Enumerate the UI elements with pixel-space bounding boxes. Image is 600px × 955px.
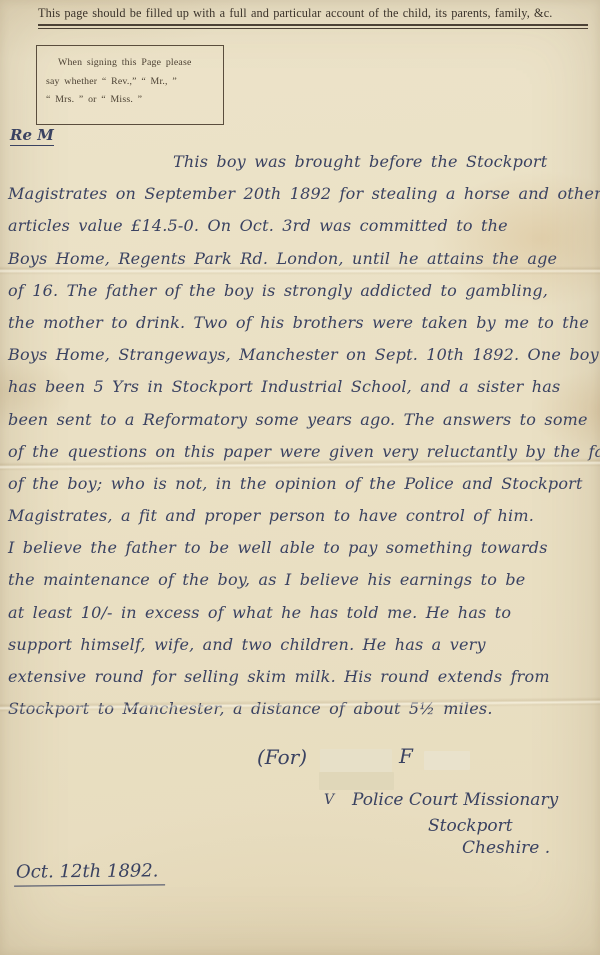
printed-header-text: This page should be filled up with a ful… bbox=[38, 6, 592, 21]
signing-note-line: say whether “ Rev.,” “ Mr., ” bbox=[46, 73, 214, 92]
letter-line: I believe the father to be well able to … bbox=[8, 532, 596, 564]
letter-line: of 16. The father of the boy is strongly… bbox=[8, 275, 596, 307]
letter-page: This page should be filled up with a ful… bbox=[0, 0, 600, 955]
redaction-patch bbox=[319, 772, 394, 790]
header-rule bbox=[38, 24, 588, 29]
signature-place: Stockport bbox=[428, 816, 513, 836]
letter-line: Stockport to Manchester, a distance of a… bbox=[8, 693, 596, 725]
letter-line: support himself, wife, and two children.… bbox=[8, 629, 596, 661]
signature-caret-mark: V bbox=[324, 792, 334, 808]
signature-initial: F bbox=[399, 744, 413, 768]
signature-for-label: (For) bbox=[257, 745, 307, 769]
letter-line: the maintenance of the boy, as I believe… bbox=[8, 564, 596, 596]
letter-line: Boys Home, Regents Park Rd. London, unti… bbox=[8, 243, 596, 275]
letter-line: articles value £14.5-0. On Oct. 3rd was … bbox=[8, 210, 596, 242]
signature-title: Police Court Missionary bbox=[352, 790, 558, 810]
letter-line: This boy was brought before the Stockpor… bbox=[8, 146, 596, 178]
letter-line: Magistrates on September 20th 1892 for s… bbox=[8, 178, 596, 210]
signing-instructions-box: When signing this Page please say whethe… bbox=[36, 45, 224, 125]
letter-line: at least 10/- in excess of what he has t… bbox=[8, 597, 596, 629]
letter-line: Boys Home, Strangeways, Manchester on Se… bbox=[8, 339, 596, 371]
reference-text: Re M bbox=[10, 126, 54, 146]
letter-line: of the questions on this paper were give… bbox=[8, 436, 596, 468]
letter-body: This boy was brought before the Stockpor… bbox=[8, 146, 596, 725]
signing-note-line: “ Mrs. ” or “ Miss. ” bbox=[46, 91, 214, 110]
letter-line: extensive round for selling skim milk. H… bbox=[8, 661, 596, 693]
letter-line: Magistrates, a fit and proper person to … bbox=[8, 500, 596, 532]
signing-note-line: When signing this Page please bbox=[46, 54, 214, 73]
letter-line: been sent to a Reformatory some years ag… bbox=[8, 404, 596, 436]
letter-line: of the boy; who is not, in the opinion o… bbox=[8, 468, 596, 500]
redaction-patch bbox=[424, 751, 470, 770]
letter-date: Oct. 12th 1892. bbox=[14, 860, 165, 886]
reference-line: Re M bbox=[10, 126, 54, 144]
signature-county: Cheshire . bbox=[462, 838, 550, 858]
redaction-patch bbox=[320, 749, 392, 773]
letter-line: has been 5 Yrs in Stockport Industrial S… bbox=[8, 371, 596, 403]
letter-line: the mother to drink. Two of his brothers… bbox=[8, 307, 596, 339]
